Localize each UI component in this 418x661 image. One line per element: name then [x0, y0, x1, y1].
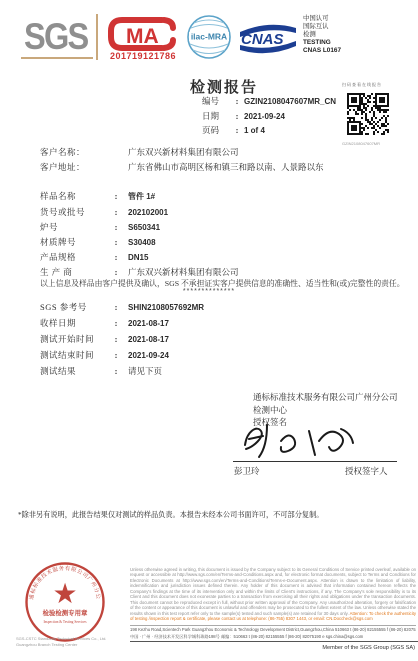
report-number: GZIN2108047607MR_CN — [244, 97, 336, 106]
client-address-row: 客户地址：广东省佛山市高明区杨和镇三和路以南、人景路以东 — [40, 161, 324, 173]
sgs-ref-number: SHIN2108057692MR — [128, 303, 204, 312]
page-count: 1 of 4 — [244, 126, 265, 135]
meta-label: 日期 — [202, 110, 230, 122]
test-result: 请见下页 — [128, 366, 162, 376]
received-date-row: 收样日期:2021-08-17 — [40, 317, 169, 329]
cnas-caption-line: 中国认可 — [303, 15, 341, 23]
address-divider — [130, 625, 416, 626]
field-label: 客户名称： — [40, 146, 128, 158]
svg-text:CNAS: CNAS — [241, 31, 284, 48]
stamp-company-caption: SGS-CSTC Standards Technical Services Co… — [16, 636, 136, 641]
cnas-caption-line: CNAS L0167 — [303, 47, 341, 55]
fine-print-body: Unless otherwise agreed in writing, this… — [130, 567, 416, 616]
colon: : — [104, 366, 128, 376]
report-page: SGS MA 201719121786 ilac-MRA CNAS 中国认可 国… — [0, 0, 418, 661]
svg-text:ilac-MRA: ilac-MRA — [191, 32, 227, 42]
colon: : — [230, 125, 244, 135]
colon: : — [104, 267, 128, 277]
colon: : — [104, 191, 128, 201]
sgs-divider-line — [96, 14, 98, 60]
cnas-caption: 中国认可 国际互认 检测 TESTING CNAS L0167 — [303, 15, 341, 55]
cnas-caption-line: 检测 — [303, 31, 341, 39]
field-label: 炉号 — [40, 221, 104, 233]
sgs-member-note: Member of the SGS Group (SGS SA) — [0, 645, 415, 651]
cma-logo-icon: MA — [106, 16, 178, 52]
field-label: SGS 参考号 — [40, 301, 104, 313]
field-label: 测试结束时间 — [40, 349, 104, 361]
cnas-caption-line: 国际互认 — [303, 23, 341, 31]
sample-name: 管件 1# — [128, 192, 155, 201]
section-separator: ************** — [0, 288, 418, 295]
batch-number-row: 货号或批号:202102001 — [40, 206, 168, 218]
colon: : — [104, 207, 128, 217]
svg-text:MA: MA — [126, 25, 159, 48]
cma-number: 201719121786 — [110, 51, 176, 61]
address-line-en: 198 Kezhu Road,Scientech Park Guangzhou … — [130, 627, 416, 632]
svg-text:检验检测专用章: 检验检测专用章 — [43, 608, 88, 617]
colon: : — [104, 318, 128, 328]
signer-role: 授权签字人 — [345, 465, 388, 477]
signer-name: 彭卫玲 — [234, 465, 260, 477]
legal-fine-print: Unless otherwise agreed in writing, this… — [130, 567, 416, 622]
page-title: 检测报告 — [190, 76, 258, 97]
field-label: 收样日期 — [40, 317, 104, 329]
field-label: 测试结果 — [40, 365, 104, 377]
batch-number: 202102001 — [128, 208, 168, 217]
report-date: 2021-09-24 — [244, 112, 285, 121]
manufacturer: 广东双兴新材料集团有限公司 — [128, 267, 239, 277]
colon: : — [104, 334, 128, 344]
footer-rule — [130, 641, 418, 642]
meta-label: 页码 — [202, 124, 230, 136]
colon: : — [104, 302, 128, 312]
meta-row-date: 日期:2021-09-24 — [202, 110, 285, 122]
test-end-date: 2021-09-24 — [128, 351, 169, 360]
colon: : — [104, 237, 128, 247]
furnace-number: S650341 — [128, 223, 160, 232]
svg-text:★: ★ — [52, 579, 77, 610]
field-label: 测试开始时间 — [40, 333, 104, 345]
colon: : — [104, 350, 128, 360]
report-footnote: *除非另有说明，此报告结果仅对测试的样品负责。本报告未经本公司书面许可，不可部分… — [18, 510, 410, 520]
field-label: 产品规格 — [40, 251, 104, 263]
test-start-date: 2021-08-17 — [128, 335, 169, 344]
sample-name-row: 样品名称:管件 1# — [40, 190, 155, 202]
received-date: 2021-08-17 — [128, 319, 169, 328]
client-address: 广东省佛山市高明区杨和镇三和路以南、人景路以东 — [128, 162, 324, 172]
field-label: 材质牌号 — [40, 236, 104, 248]
material-grade: S30408 — [128, 238, 156, 247]
qr-code — [342, 88, 394, 140]
colon: : — [230, 111, 244, 121]
colon: : — [104, 222, 128, 232]
field-label: 客户地址： — [40, 161, 128, 173]
test-end-row: 测试结束时间:2021-09-24 — [40, 349, 169, 361]
colon: : — [230, 96, 244, 106]
field-label: 货号或批号 — [40, 206, 104, 218]
issuer-center: 检测中心 — [253, 404, 398, 417]
client-name: 广东双兴新材料集团有限公司 — [128, 147, 239, 157]
sgs-ref-row: SGS 参考号:SHIN2108057692MR — [40, 301, 204, 313]
address-line-cn: 中国 · 广州 · 经济技术开发区科学城科珠路198号 邮编：510663 t … — [130, 634, 416, 640]
product-spec: DN15 — [128, 253, 148, 262]
meta-row-number: 编号:GZIN2108047607MR_CN — [202, 95, 336, 107]
test-result-row: 测试结果:请见下页 — [40, 365, 162, 377]
furnace-number-row: 炉号:S650341 — [40, 221, 160, 233]
signature — [237, 419, 367, 461]
issuer-company: 通标标准技术服务有限公司广州分公司 — [253, 391, 398, 404]
material-grade-row: 材质牌号:S30408 — [40, 236, 156, 248]
meta-row-page: 页码:1 of 4 — [202, 124, 265, 136]
colon: : — [104, 252, 128, 262]
sgs-underline — [21, 57, 93, 59]
field-label: 样品名称 — [40, 190, 104, 202]
ilac-mra-logo-icon: ilac-MRA — [186, 14, 232, 60]
qr-caption-bottom: GZIN2108047607MR — [342, 141, 380, 146]
svg-text:Inspection & Testing Services: Inspection & Testing Services — [43, 620, 87, 624]
field-label: 生 产 商 — [40, 266, 104, 278]
meta-label: 编号 — [202, 95, 230, 107]
sgs-logo: SGS — [24, 16, 87, 58]
product-spec-row: 产品规格:DN15 — [40, 251, 148, 263]
client-name-row: 客户名称：广东双兴新材料集团有限公司 — [40, 146, 239, 158]
cnas-logo-icon: CNAS — [236, 20, 300, 58]
manufacturer-row: 生 产 商:广东双兴新材料集团有限公司 — [40, 266, 239, 278]
company-stamp: 通标标准技术服务有限公司广州分公司 ★ 检验检测专用章 Inspection &… — [24, 561, 106, 643]
cnas-caption-line: TESTING — [303, 39, 341, 47]
test-start-row: 测试开始时间:2021-08-17 — [40, 333, 169, 345]
signature-line — [233, 461, 397, 462]
